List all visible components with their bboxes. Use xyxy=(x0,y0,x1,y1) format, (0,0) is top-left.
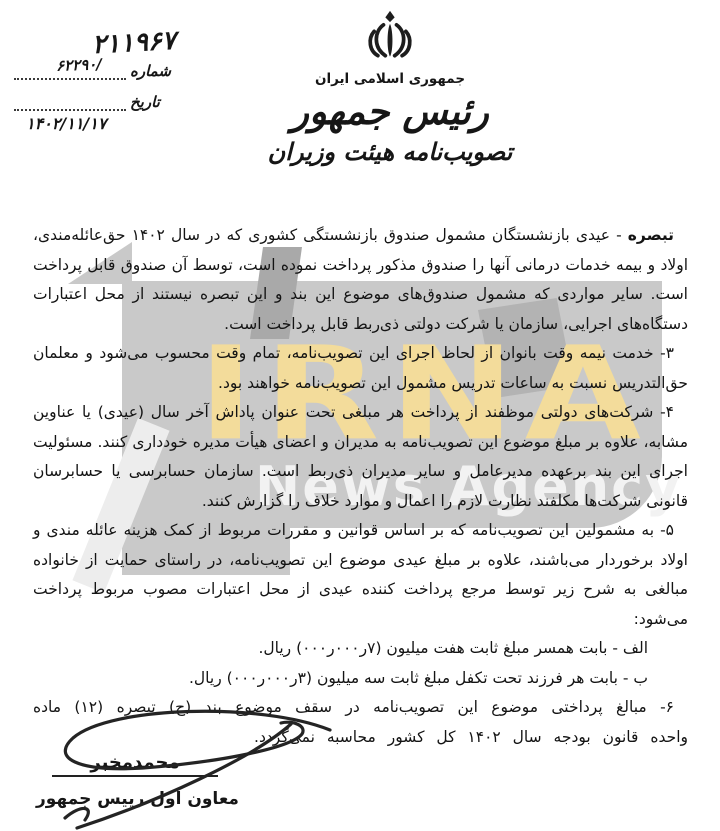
paragraph-tabsareh: تبصره - عیدی بازنشستگان مشمول صندوق بازن… xyxy=(33,221,688,339)
document-type-title: تصویب‌نامه هیئت وزیران xyxy=(252,138,528,166)
country-title: جمهوری اسلامی ایران xyxy=(252,71,528,87)
date-dotted-line xyxy=(14,96,126,111)
date-field: تاریخ xyxy=(14,93,160,111)
handwritten-signature xyxy=(25,700,355,831)
iran-emblem-icon xyxy=(362,8,418,66)
document-page: IRNA News Agency ۲۱۱۹۶۷ شماره /۶۲۲۹۰ تار… xyxy=(0,0,720,831)
decree-body: تبصره - عیدی بازنشستگان مشمول صندوق بازن… xyxy=(33,221,688,752)
paragraph-4: ۴- شرکت‌های دولتی موظفند از پرداخت هر مب… xyxy=(33,398,688,516)
handwritten-ref-number: ۲۱۱۹۶۷ xyxy=(91,26,176,60)
number-label: شماره xyxy=(130,62,171,80)
paragraph-5: ۵- به مشمولین این تصویب‌نامه که بر اساس … xyxy=(33,516,688,634)
reference-block: ۲۱۱۹۶۷ شماره /۶۲۲۹۰ تاریخ ۱۴۰۲/۱۱/۱۷ xyxy=(0,0,230,160)
letterhead: جمهوری اسلامی ایران رئیس جمهور تصویب‌نام… xyxy=(252,8,528,166)
office-title: رئیس جمهور xyxy=(252,89,528,135)
paragraph-3: ۳- خدمت نیمه وقت بانوان از لحاظ اجرای ای… xyxy=(33,339,688,398)
paragraph-tabsareh-text: - عیدی بازنشستگان مشمول صندوق بازنشستگی … xyxy=(33,226,688,333)
item-be: ب - بابت هر فرزند تحت تکفل مبلغ ثابت سه … xyxy=(33,664,688,694)
date-label: تاریخ xyxy=(130,93,160,111)
paragraph-tabsareh-lead: تبصره xyxy=(628,226,674,244)
handwritten-date-value: ۱۴۰۲/۱۱/۱۷ xyxy=(26,114,106,133)
item-alef: الف - بابت همسر مبلغ ثابت هفت میلیون (۷ر… xyxy=(33,634,688,664)
handwritten-number-value: /۶۲۲۹۰ xyxy=(56,55,102,75)
